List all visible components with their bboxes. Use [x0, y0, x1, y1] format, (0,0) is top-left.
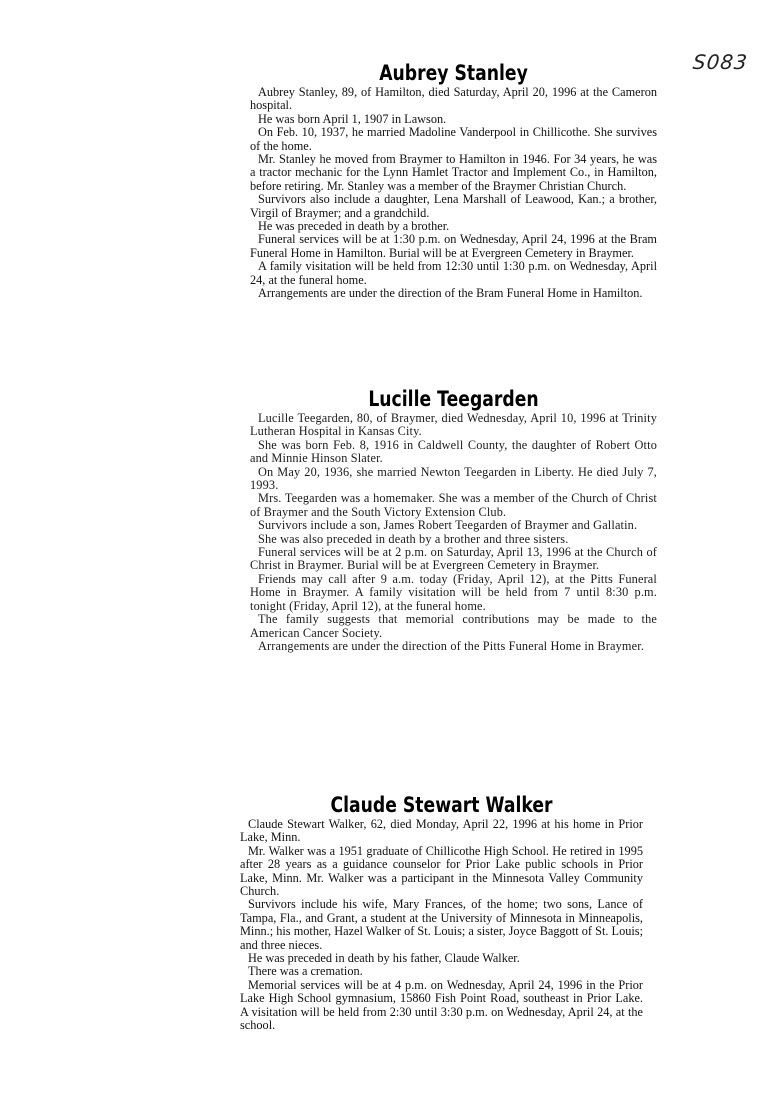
- paragraph: There was a cremation.: [240, 965, 643, 978]
- paragraph: She was born Feb. 8, 1916 in Caldwell Co…: [250, 439, 657, 466]
- paragraph: Survivors include his wife, Mary Frances…: [240, 898, 643, 952]
- obituary-headline: Claude Stewart Walker: [276, 792, 606, 818]
- paragraph: Survivors also include a daughter, Lena …: [250, 193, 657, 220]
- obituary-headline: Lucille Teegarden: [287, 386, 621, 412]
- obituary-claude-stewart-walker: Claude Stewart Walker Claude Stewart Wal…: [240, 792, 643, 1033]
- paragraph: On Feb. 10, 1937, he married Madoline Va…: [250, 126, 657, 153]
- obituary-body: Aubrey Stanley, 89, of Hamilton, died Sa…: [250, 86, 657, 301]
- paragraph: Friends may call after 9 a.m. today (Fri…: [250, 573, 657, 613]
- obituary-headline: Aubrey Stanley: [287, 60, 621, 86]
- paragraph: Mr. Walker was a 1951 graduate of Chilli…: [240, 845, 643, 899]
- paragraph: Memorial services will be at 4 p.m. on W…: [240, 979, 643, 1033]
- paragraph: Lucille Teegarden, 80, of Braymer, died …: [250, 412, 657, 439]
- obituary-body: Claude Stewart Walker, 62, died Monday, …: [240, 818, 643, 1033]
- obituary-lucille-teegarden: Lucille Teegarden Lucille Teegarden, 80,…: [250, 386, 657, 653]
- paragraph: Funeral services will be at 1:30 p.m. on…: [250, 233, 657, 260]
- paragraph: She was also preceded in death by a brot…: [250, 533, 657, 546]
- paragraph: On May 20, 1936, she married Newton Teeg…: [250, 466, 657, 493]
- paragraph: He was born April 1, 1907 in Lawson.: [250, 113, 657, 126]
- paragraph: Claude Stewart Walker, 62, died Monday, …: [240, 818, 643, 845]
- paragraph: The family suggests that memorial contri…: [250, 613, 657, 640]
- obituary-aubrey-stanley: Aubrey Stanley Aubrey Stanley, 89, of Ha…: [250, 60, 657, 301]
- paragraph: He was preceded in death by a brother.: [250, 220, 657, 233]
- paragraph: Mrs. Teegarden was a homemaker. She was …: [250, 492, 657, 519]
- paragraph: Aubrey Stanley, 89, of Hamilton, died Sa…: [250, 86, 657, 113]
- paragraph: Survivors include a son, James Robert Te…: [250, 519, 657, 532]
- paragraph: Arrangements are under the direction of …: [250, 287, 657, 300]
- paragraph: Mr. Stanley he moved from Braymer to Ham…: [250, 153, 657, 193]
- paragraph: Arrangements are under the direction of …: [250, 640, 657, 653]
- paragraph: A family visitation will be held from 12…: [250, 260, 657, 287]
- handwritten-page-id: S083: [692, 50, 749, 74]
- paragraph: He was preceded in death by his father, …: [240, 952, 643, 965]
- paragraph: Funeral services will be at 2 p.m. on Sa…: [250, 546, 657, 573]
- obituary-body: Lucille Teegarden, 80, of Braymer, died …: [250, 412, 657, 653]
